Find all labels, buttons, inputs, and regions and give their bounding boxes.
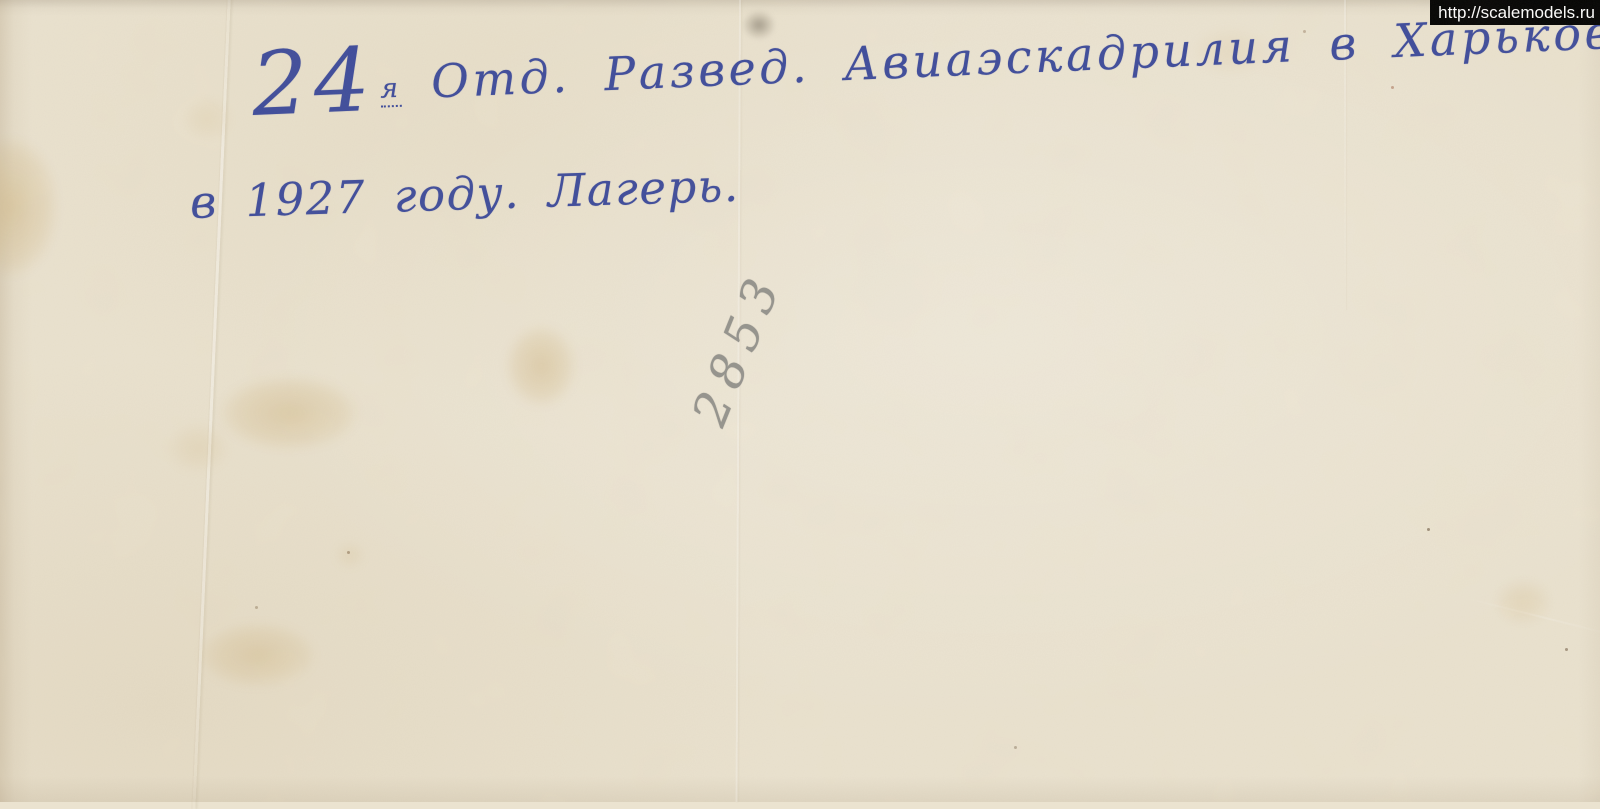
paper-stain <box>1496 580 1550 624</box>
watermark-url: http://scalemodels.ru <box>1438 3 1595 22</box>
handwritten-caption-line2: в 1927 году. Лагерь. <box>189 159 740 229</box>
paper-crease-left <box>192 0 231 802</box>
pencil-archive-number: 2853 <box>682 262 795 433</box>
caption-line1-text: Отд. Развед. Авиаэскадрилия в Харькове <box>430 4 1600 109</box>
squadron-number: 24 <box>250 28 378 136</box>
paper-stain <box>506 326 576 406</box>
photo-back-paper: 24яОтд. Развед. Авиаэскадрилия в Харьков… <box>0 0 1600 802</box>
paper-stain <box>200 623 315 687</box>
handwritten-caption-line1: 24яОтд. Развед. Авиаэскадрилия в Харьков… <box>251 4 1600 116</box>
paper-stain <box>336 543 364 567</box>
paper-smudge <box>742 10 776 40</box>
squadron-number-ordinal: я <box>379 73 402 108</box>
paper-stain <box>168 424 228 472</box>
paper-stain <box>183 98 231 140</box>
watermark-bar: http://scalemodels.ru <box>1430 0 1600 25</box>
paper-grain-texture <box>0 0 1600 802</box>
paper-stain <box>220 376 358 450</box>
paper-crease-center <box>736 0 741 802</box>
paper-specks <box>0 0 3 3</box>
paper-stain <box>0 138 57 276</box>
paper-crease-bottom-right <box>1462 596 1600 635</box>
